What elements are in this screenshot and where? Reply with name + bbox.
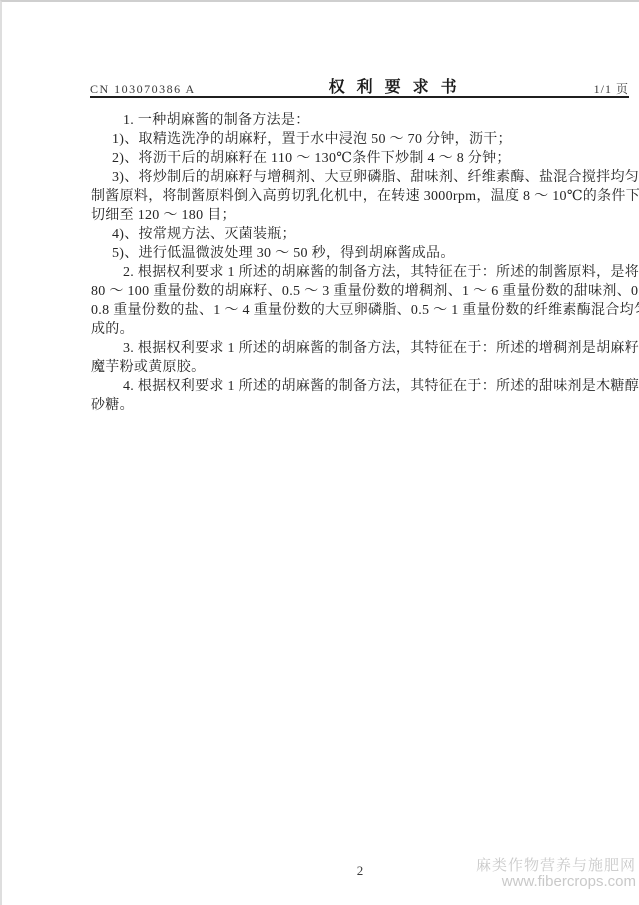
claims-text-line: 1. 一种胡麻酱的制备方法是： bbox=[91, 111, 631, 130]
page-indicator: 1/1 页 bbox=[594, 80, 629, 97]
claims-text-line: 魔芋粉或黄原胶。 bbox=[91, 358, 631, 377]
watermark: 麻类作物营养与施肥网 www.fibercrops.com bbox=[476, 858, 636, 890]
document-number: CN 103070386 A bbox=[90, 82, 196, 97]
document-header: CN 103070386 A 权 利 要 求 书 1/1 页 bbox=[90, 74, 629, 97]
claims-text-line: 1)、取精选洗净的胡麻籽，置于水中浸泡 50 ～ 70 分钟，沥干； bbox=[91, 130, 631, 149]
claims-text-line: 3. 根据权利要求 1 所述的胡麻酱的制备方法，其特征在于：所述的增稠剂是胡麻籽… bbox=[91, 339, 631, 358]
claims-text-line: 4. 根据权利要求 1 所述的胡麻酱的制备方法，其特征在于：所述的甜味剂是木糖醇… bbox=[91, 377, 631, 396]
header-divider bbox=[90, 96, 629, 98]
claims-text-line: 80 ～ 100 重量份数的胡麻籽、0.5 ～ 3 重量份数的增稠剂、1 ～ 6… bbox=[91, 282, 631, 301]
claims-text-line: 2. 根据权利要求 1 所述的胡麻酱的制备方法，其特征在于：所述的制酱原料，是将 bbox=[91, 263, 631, 282]
claims-text-line: 砂糖。 bbox=[91, 396, 631, 415]
claims-text-line: 2)、将沥干后的胡麻籽在 110 ～ 130℃条件下炒制 4 ～ 8 分钟； bbox=[91, 149, 631, 168]
patent-claims-page: CN 103070386 A 权 利 要 求 书 1/1 页 1. 一种胡麻酱的… bbox=[0, 0, 639, 905]
watermark-site-name: 麻类作物营养与施肥网 bbox=[476, 858, 636, 874]
claims-text-line: 制酱原料，将制酱原料倒入高剪切乳化机中，在转速 3000rpm，温度 8 ～ 1… bbox=[91, 187, 631, 206]
claims-text-line: 5)、进行低温微波处理 30 ～ 50 秒，得到胡麻酱成品。 bbox=[91, 244, 631, 263]
page-title: 权 利 要 求 书 bbox=[329, 74, 461, 97]
claims-text-line: 4)、按常规方法、灭菌装瓶； bbox=[91, 225, 631, 244]
watermark-site-url: www.fibercrops.com bbox=[476, 874, 636, 890]
claims-text-line: 成的。 bbox=[91, 320, 631, 339]
claims-text-line: 3)、将炒制后的胡麻籽与增稠剂、大豆卵磷脂、甜味剂、纤维素酶、盐混合搅拌均匀形成 bbox=[91, 168, 631, 187]
claims-text-line: 切细至 120 ～ 180 目； bbox=[91, 206, 631, 225]
claims-text-line: 0.8 重量份数的盐、1 ～ 4 重量份数的大豆卵磷脂、0.5 ～ 1 重量份数… bbox=[91, 301, 631, 320]
claims-text-block: 1. 一种胡麻酱的制备方法是：1)、取精选洗净的胡麻籽，置于水中浸泡 50 ～ … bbox=[91, 111, 631, 415]
